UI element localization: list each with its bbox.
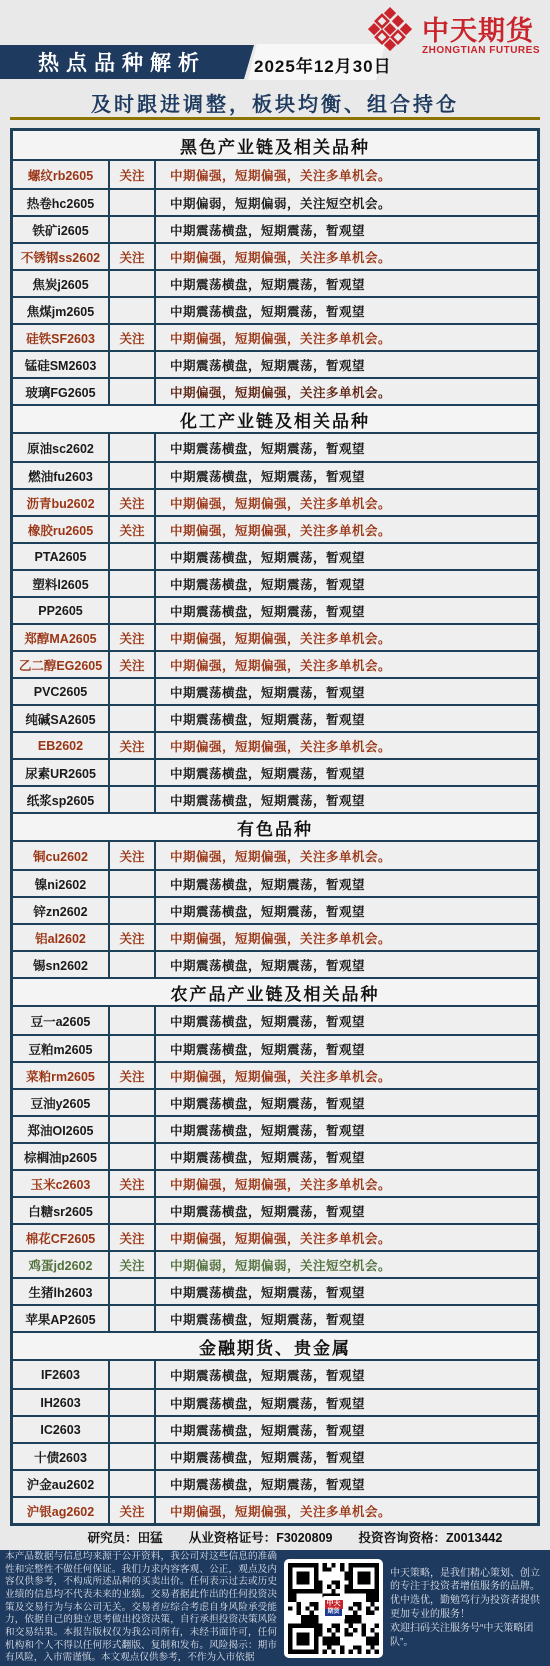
analysis-text: 中期偏强，短期偏强，关注多单机会。 (156, 161, 537, 188)
section-title: 农产品产业链及相关品种 (13, 977, 537, 1007)
analysis-text: 中期震荡横盘，短期震荡，暂观望 (156, 898, 537, 923)
section-title: 化工产业链及相关品种 (13, 404, 537, 434)
table-row: 玉米c2603关注中期偏强，短期偏强，关注多单机会。 (13, 1169, 537, 1196)
analysis-text: 中期偏强，短期偏强，关注多单机会。 (156, 325, 537, 350)
product-name: IC2603 (13, 1417, 110, 1442)
watch-tag: 关注 (110, 842, 156, 869)
product-name: 豆油y2605 (13, 1090, 110, 1115)
table-row: 沪金au2602中期震荡横盘，短期震荡，暂观望 (13, 1469, 537, 1496)
product-name: 棕榈油p2605 (13, 1144, 110, 1169)
watch-tag: 关注 (110, 244, 156, 269)
analysis-text: 中期偏强，短期偏强，关注多单机会。 (156, 1171, 537, 1196)
analysis-text: 中期偏强，短期偏强，关注多单机会。 (156, 1063, 537, 1088)
analysis-text: 中期偏强，短期偏强，关注多单机会。 (156, 842, 537, 869)
product-name: 沥青bu2602 (13, 490, 110, 515)
qr-logo-cn: 中天 (325, 1600, 343, 1608)
analysis-text: 中期震荡横盘，短期震荡，暂观望 (156, 760, 537, 785)
advisory-cert: 投资咨询资格：Z0013442 (359, 1528, 503, 1546)
analysis-text: 中期震荡横盘，短期震荡，暂观望 (156, 1279, 537, 1304)
page-title: 热点品种解析 (0, 47, 206, 77)
product-name: 镍ni2602 (13, 871, 110, 896)
analysis-text: 中期震荡横盘，短期震荡，暂观望 (156, 1198, 537, 1223)
qr-center-logo: 中天 期货 (323, 1596, 345, 1620)
analysis-text: 中期震荡横盘，短期震荡，暂观望 (156, 598, 537, 623)
analysis-text: 中期震荡横盘，短期震荡，暂观望 (156, 1444, 537, 1469)
analysis-text: 中期震荡横盘，短期震荡，暂观望 (156, 1306, 537, 1331)
product-name: 沪银ag2602 (13, 1498, 110, 1523)
watch-tag (110, 379, 156, 404)
table-row: 锰硅SM2603中期震荡横盘，短期震荡，暂观望 (13, 350, 537, 377)
product-name: 纯碱SA2605 (13, 706, 110, 731)
analysis-text: 中期偏强，短期偏强，关注多单机会。 (156, 1498, 537, 1523)
watch-tag (110, 271, 156, 296)
product-name: 乙二醇EG2605 (13, 652, 110, 677)
watch-tag (110, 463, 156, 488)
analysis-text: 中期震荡横盘，短期震荡，暂观望 (156, 571, 537, 596)
table-row: 锡sn2602中期震荡横盘，短期震荡，暂观望 (13, 950, 537, 977)
analysis-text: 中期震荡横盘，短期震荡，暂观望 (156, 271, 537, 296)
table-row: 鸡蛋jd2602关注中期偏弱，短期偏弱，关注短空机会。 (13, 1250, 537, 1277)
report-header: 热点品种解析 2025年12月30日 中天期货 ZHONGTIAN FUTU (0, 0, 550, 125)
table-section: 黑色产业链及相关品种螺纹rb2605关注中期偏强，短期偏强，关注多单机会。热卷h… (13, 131, 537, 404)
report-subtitle: 及时跟进调整，板块均衡、组合持仓 (0, 88, 550, 117)
watch-tag (110, 1198, 156, 1223)
product-name: 螺纹rb2605 (13, 161, 110, 188)
analysis-text: 中期震荡横盘，短期震荡，暂观望 (156, 1361, 537, 1388)
watch-tag: 关注 (110, 1171, 156, 1196)
researcher-line: 研究员：田猛 从业资格证号：F3020809 投资咨询资格：Z0013442 (0, 1526, 550, 1548)
table-row: IC2603中期震荡横盘，短期震荡，暂观望 (13, 1415, 537, 1442)
watch-tag (110, 706, 156, 731)
product-name: PP2605 (13, 598, 110, 623)
table-row: 纸浆sp2605中期震荡横盘，短期震荡，暂观望 (13, 785, 537, 812)
product-name: EB2602 (13, 733, 110, 758)
analysis-text: 中期偏强，短期偏强，关注多单机会。 (156, 733, 537, 758)
product-name: 不锈钢ss2602 (13, 244, 110, 269)
analysis-text: 中期震荡横盘，短期震荡，暂观望 (156, 1417, 537, 1442)
practice-cert: 从业资格证号：F3020809 (189, 1528, 333, 1546)
product-name: 玉米c2603 (13, 1171, 110, 1196)
table-row: 棕榈油p2605中期震荡横盘，短期震荡，暂观望 (13, 1142, 537, 1169)
table-row: 十债2603中期震荡横盘，短期震荡，暂观望 (13, 1442, 537, 1469)
table-row: 生猪lh2603中期震荡横盘，短期震荡，暂观望 (13, 1277, 537, 1304)
analysis-text: 中期偏强，短期偏强，关注多单机会。 (156, 1225, 537, 1250)
table-row: IH2603中期震荡横盘，短期震荡，暂观望 (13, 1388, 537, 1415)
product-name: 鸡蛋jd2602 (13, 1252, 110, 1277)
analysis-text: 中期震荡横盘，短期震荡，暂观望 (156, 352, 537, 377)
table-row: 铜cu2602关注中期偏强，短期偏强，关注多单机会。 (13, 842, 537, 869)
table-row: 塑料l2605中期震荡横盘，短期震荡，暂观望 (13, 569, 537, 596)
product-name: 硅铁SF2603 (13, 325, 110, 350)
analysis-text: 中期震荡横盘，短期震荡，暂观望 (156, 434, 537, 461)
analysis-text: 中期震荡横盘，短期震荡，暂观望 (156, 1117, 537, 1142)
table-row: 豆油y2605中期震荡横盘，短期震荡，暂观望 (13, 1088, 537, 1115)
table-row: 菜粕rm2605关注中期偏强，短期偏强，关注多单机会。 (13, 1061, 537, 1088)
watch-tag: 关注 (110, 733, 156, 758)
watch-tag: 关注 (110, 517, 156, 542)
product-name: 苹果AP2605 (13, 1306, 110, 1331)
table-row: 尿素UR2605中期震荡横盘，短期震荡，暂观望 (13, 758, 537, 785)
table-row: 乙二醇EG2605关注中期偏强，短期偏强，关注多单机会。 (13, 650, 537, 677)
table-row: 豆粕m2605中期震荡横盘，短期震荡，暂观望 (13, 1034, 537, 1061)
watch-tag (110, 787, 156, 812)
product-name: 郑醇MA2605 (13, 625, 110, 650)
analysis-text: 中期震荡横盘，短期震荡，暂观望 (156, 952, 537, 977)
analysis-text: 中期偏强，短期偏强，关注多单机会。 (156, 244, 537, 269)
product-name: 郑油OI2605 (13, 1117, 110, 1142)
logo-en: ZHONGTIAN FUTURES (422, 45, 540, 56)
watch-tag (110, 1279, 156, 1304)
watch-tag (110, 760, 156, 785)
analysis-table: 黑色产业链及相关品种螺纹rb2605关注中期偏强，短期偏强，关注多单机会。热卷h… (10, 128, 540, 1526)
analysis-text: 中期偏弱，短期偏弱，关注短空机会。 (156, 190, 537, 215)
watch-tag (110, 544, 156, 569)
table-row: 热卷hc2605中期偏弱，短期偏弱，关注短空机会。 (13, 188, 537, 215)
product-name: 锰硅SM2603 (13, 352, 110, 377)
table-row: 不锈钢ss2602关注中期偏强，短期偏强，关注多单机会。 (13, 242, 537, 269)
product-name: 菜粕rm2605 (13, 1063, 110, 1088)
section-title: 有色品种 (13, 812, 537, 842)
product-name: PTA2605 (13, 544, 110, 569)
table-row: 苹果AP2605中期震荡横盘，短期震荡，暂观望 (13, 1304, 537, 1331)
table-section: 化工产业链及相关品种原油sc2602中期震荡横盘，短期震荡，暂观望燃油fu260… (13, 404, 537, 812)
table-row: 铁矿i2605中期震荡横盘，短期震荡，暂观望 (13, 215, 537, 242)
brand-promo-text: 中天策略，是我们精心策划、创立的专注于投资者增值服务的品牌。优中选优，勤勉笃行为… (390, 1567, 545, 1650)
analysis-text: 中期震荡横盘，短期震荡，暂观望 (156, 544, 537, 569)
watch-tag: 关注 (110, 1063, 156, 1088)
product-name: 原油sc2602 (13, 434, 110, 461)
product-name: 棉花CF2605 (13, 1225, 110, 1250)
title-bar: 热点品种解析 (0, 45, 254, 79)
table-row: 铝al2602关注中期偏强，短期偏强，关注多单机会。 (13, 923, 537, 950)
product-name: IF2603 (13, 1361, 110, 1388)
table-row: 焦炭j2605中期震荡横盘，短期震荡，暂观望 (13, 269, 537, 296)
table-row: 橡胶ru2605关注中期偏强，短期偏强，关注多单机会。 (13, 515, 537, 542)
table-section: 金融期货、贵金属IF2603中期震荡横盘，短期震荡，暂观望IH2603中期震荡横… (13, 1331, 537, 1523)
watch-tag: 关注 (110, 1498, 156, 1523)
analysis-text: 中期震荡横盘，短期震荡，暂观望 (156, 1090, 537, 1115)
product-name: 铜cu2602 (13, 842, 110, 869)
watch-tag (110, 1117, 156, 1142)
table-row: PP2605中期震荡横盘，短期震荡，暂观望 (13, 596, 537, 623)
table-row: 原油sc2602中期震荡横盘，短期震荡，暂观望 (13, 434, 537, 461)
product-name: 焦煤jm2605 (13, 298, 110, 323)
analysis-text: 中期偏弱，短期偏弱，关注短空机会。 (156, 1252, 537, 1277)
analysis-text: 中期震荡横盘，短期震荡，暂观望 (156, 1144, 537, 1169)
product-name: 铁矿i2605 (13, 217, 110, 242)
watch-tag: 关注 (110, 325, 156, 350)
watch-tag: 关注 (110, 1225, 156, 1250)
table-row: EB2602关注中期偏强，短期偏强，关注多单机会。 (13, 731, 537, 758)
table-section: 农产品产业链及相关品种豆一a2605中期震荡横盘，短期震荡，暂观望豆粕m2605… (13, 977, 537, 1331)
analysis-text: 中期震荡横盘，短期震荡，暂观望 (156, 1036, 537, 1061)
table-row: 燃油fu2603中期震荡横盘，短期震荡，暂观望 (13, 461, 537, 488)
product-name: 白糖sr2605 (13, 1198, 110, 1223)
analysis-text: 中期震荡横盘，短期震荡，暂观望 (156, 298, 537, 323)
watch-tag (110, 1007, 156, 1034)
report-page: 热点品种解析 2025年12月30日 中天期货 ZHONGTIAN FUTU (0, 0, 550, 1666)
watch-tag (110, 1417, 156, 1442)
analysis-text: 中期震荡横盘，短期震荡，暂观望 (156, 679, 537, 704)
disclaimer-band: 本产品数据与信息均来源于公开资料，我公司对这些信息的准确性和完整性不做任何保证。… (0, 1550, 550, 1666)
analysis-text: 中期偏强，短期偏强，关注多单机会。 (156, 517, 537, 542)
table-row: PTA2605中期震荡横盘，短期震荡，暂观望 (13, 542, 537, 569)
product-name: 锡sn2602 (13, 952, 110, 977)
product-name: 铝al2602 (13, 925, 110, 950)
watch-tag (110, 571, 156, 596)
product-name: 尿素UR2605 (13, 760, 110, 785)
watch-tag (110, 1390, 156, 1415)
researcher-name: 研究员：田猛 (88, 1528, 163, 1546)
watch-tag (110, 298, 156, 323)
disclaimer-text: 本产品数据与信息均来源于公开资料，我公司对这些信息的准确性和完整性不做任何保证。… (5, 1551, 277, 1665)
table-row: 硅铁SF2603关注中期偏强，短期偏强，关注多单机会。 (13, 323, 537, 350)
table-row: 郑醇MA2605关注中期偏强，短期偏强，关注多单机会。 (13, 623, 537, 650)
table-row: 焦煤jm2605中期震荡横盘，短期震荡，暂观望 (13, 296, 537, 323)
watch-tag (110, 1361, 156, 1388)
product-name: 玻璃FG2605 (13, 379, 110, 404)
product-name: 豆粕m2605 (13, 1036, 110, 1061)
table-row: 镍ni2602中期震荡横盘，短期震荡，暂观望 (13, 869, 537, 896)
table-row: 棉花CF2605关注中期偏强，短期偏强，关注多单机会。 (13, 1223, 537, 1250)
watch-tag (110, 898, 156, 923)
watch-tag (110, 952, 156, 977)
section-title: 黑色产业链及相关品种 (13, 131, 537, 161)
analysis-text: 中期震荡横盘，短期震荡，暂观望 (156, 1007, 537, 1034)
product-name: 十债2603 (13, 1444, 110, 1469)
watch-tag: 关注 (110, 652, 156, 677)
product-name: 豆一a2605 (13, 1007, 110, 1034)
table-section: 有色品种铜cu2602关注中期偏强，短期偏强，关注多单机会。镍ni2602中期震… (13, 812, 537, 977)
product-name: IH2603 (13, 1390, 110, 1415)
watch-tag (110, 217, 156, 242)
section-title: 金融期货、贵金属 (13, 1331, 537, 1361)
logo-text: 中天期货 ZHONGTIAN FUTURES (422, 17, 540, 56)
analysis-text: 中期偏强，短期偏强，关注多单机会。 (156, 625, 537, 650)
analysis-text: 中期震荡横盘，短期震荡，暂观望 (156, 871, 537, 896)
table-row: 纯碱SA2605中期震荡横盘，短期震荡，暂观望 (13, 704, 537, 731)
watch-tag (110, 1306, 156, 1331)
product-name: 热卷hc2605 (13, 190, 110, 215)
watch-tag (110, 1144, 156, 1169)
analysis-text: 中期震荡横盘，短期震荡，暂观望 (156, 1471, 537, 1496)
table-row: 白糖sr2605中期震荡横盘，短期震荡，暂观望 (13, 1196, 537, 1223)
table-row: 玻璃FG2605中期偏强，短期偏强，关注多单机会。 (13, 377, 537, 404)
watch-tag (110, 1471, 156, 1496)
watch-tag (110, 434, 156, 461)
watch-tag (110, 871, 156, 896)
watch-tag (110, 598, 156, 623)
logo-diamond-icon (364, 6, 416, 67)
analysis-text: 中期偏强，短期偏强，关注多单机会。 (156, 925, 537, 950)
table-row: IF2603中期震荡横盘，短期震荡，暂观望 (13, 1361, 537, 1388)
table-row: 豆一a2605中期震荡横盘，短期震荡，暂观望 (13, 1007, 537, 1034)
watch-tag (110, 1036, 156, 1061)
product-name: 燃油fu2603 (13, 463, 110, 488)
analysis-text: 中期震荡横盘，短期震荡，暂观望 (156, 706, 537, 731)
product-name: 锌zn2602 (13, 898, 110, 923)
watch-tag (110, 352, 156, 377)
watch-tag: 关注 (110, 490, 156, 515)
table-row: 郑油OI2605中期震荡横盘，短期震荡，暂观望 (13, 1115, 537, 1142)
watch-tag: 关注 (110, 625, 156, 650)
analysis-text: 中期偏强，短期偏强，关注多单机会。 (156, 490, 537, 515)
product-name: 塑料l2605 (13, 571, 110, 596)
analysis-text: 中期震荡横盘，短期震荡，暂观望 (156, 217, 537, 242)
watch-tag (110, 679, 156, 704)
analysis-text: 中期偏强，短期偏强，关注多单机会。 (156, 379, 537, 404)
watch-tag: 关注 (110, 925, 156, 950)
watch-tag (110, 1444, 156, 1469)
product-name: 沪金au2602 (13, 1471, 110, 1496)
product-name: PVC2605 (13, 679, 110, 704)
gold-divider (10, 117, 540, 120)
table-row: 沥青bu2602关注中期偏强，短期偏强，关注多单机会。 (13, 488, 537, 515)
logo-cn: 中天期货 (422, 17, 540, 45)
watch-tag (110, 190, 156, 215)
analysis-text: 中期震荡横盘，短期震荡，暂观望 (156, 787, 537, 812)
table-row: 螺纹rb2605关注中期偏强，短期偏强，关注多单机会。 (13, 161, 537, 188)
analysis-text: 中期偏强，短期偏强，关注多单机会。 (156, 652, 537, 677)
watch-tag (110, 1090, 156, 1115)
company-logo: 中天期货 ZHONGTIAN FUTURES (364, 6, 540, 67)
analysis-text: 中期震荡横盘，短期震荡，暂观望 (156, 463, 537, 488)
qr-logo-sub: 期货 (325, 1609, 341, 1616)
table-row: PVC2605中期震荡横盘，短期震荡，暂观望 (13, 677, 537, 704)
analysis-text: 中期震荡横盘，短期震荡，暂观望 (156, 1390, 537, 1415)
product-name: 纸浆sp2605 (13, 787, 110, 812)
product-name: 橡胶ru2605 (13, 517, 110, 542)
product-name: 生猪lh2603 (13, 1279, 110, 1304)
watch-tag: 关注 (110, 161, 156, 188)
table-row: 锌zn2602中期震荡横盘，短期震荡，暂观望 (13, 896, 537, 923)
watch-tag: 关注 (110, 1252, 156, 1277)
qr-code: 中天 期货 (284, 1559, 383, 1658)
product-name: 焦炭j2605 (13, 271, 110, 296)
table-row: 沪银ag2602关注中期偏强，短期偏强，关注多单机会。 (13, 1496, 537, 1523)
